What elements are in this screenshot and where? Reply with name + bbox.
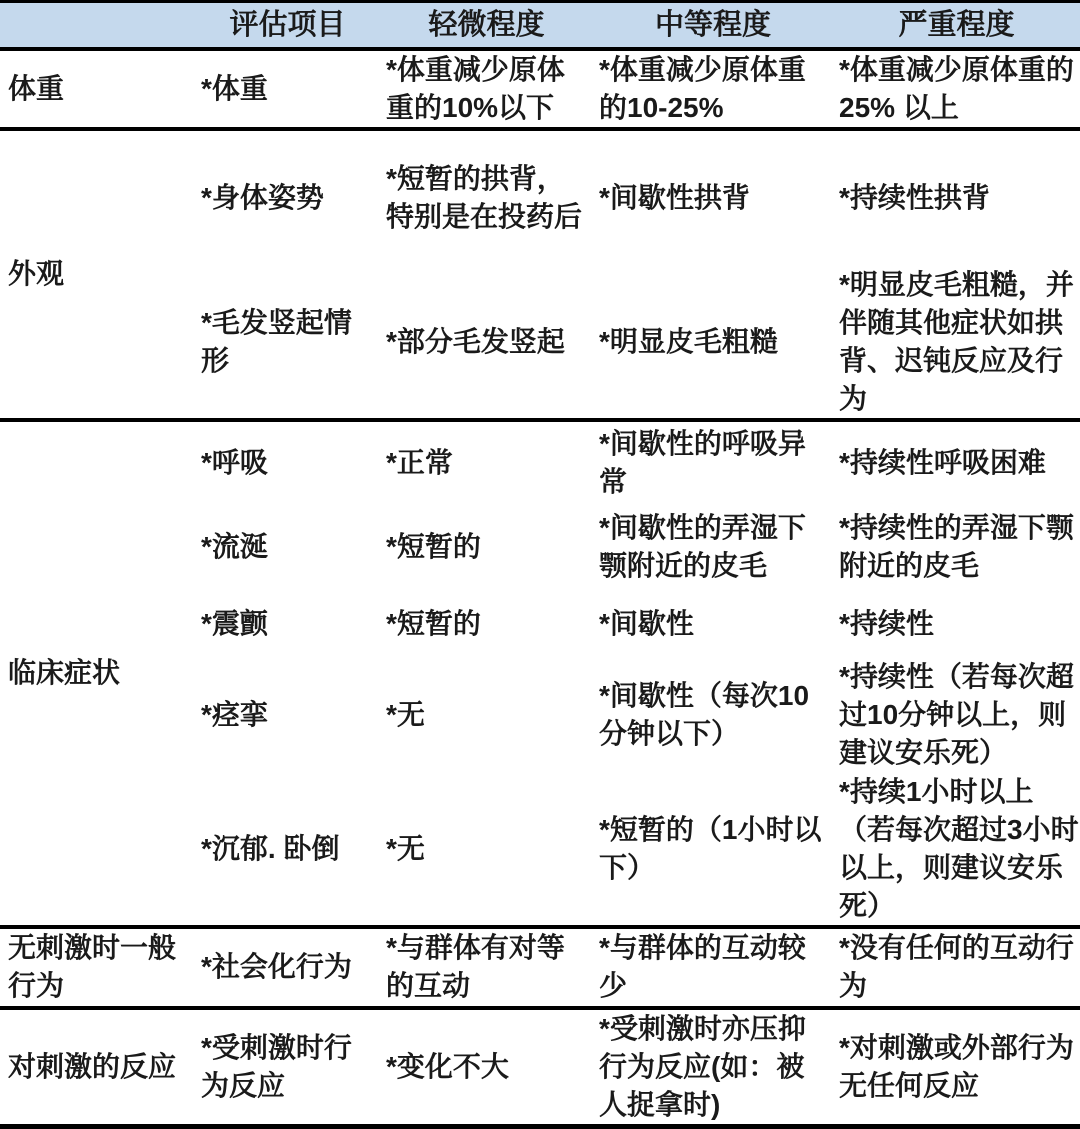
- cell-moderate: *间歇性（每次10分钟以下）: [593, 658, 833, 773]
- cell-moderate: *受刺激时亦压抑行为反应(如：被人捉拿时): [593, 1008, 833, 1127]
- group-label-weight: 体重: [0, 49, 195, 129]
- cell-severe: *持续性（若每次超过10分钟以上，则建议安乐死）: [833, 658, 1080, 773]
- cell-mild: *变化不大: [380, 1008, 593, 1127]
- table-row: 临床症状 *呼吸 *正常 *间歇性的呼吸异常 *持续性呼吸困难: [0, 420, 1080, 505]
- cell-severe: *明显皮毛粗糙，并伴随其他症状如拱背、迟钝反应及行为: [833, 266, 1080, 420]
- column-header-mild: 轻微程度: [380, 2, 593, 49]
- cell-moderate: *间歇性的呼吸异常: [593, 420, 833, 505]
- cell-moderate: *明显皮毛粗糙: [593, 266, 833, 420]
- cell-severe: *持续性的弄湿下颚附近的皮毛: [833, 505, 1080, 590]
- section-stimulus-response: 对刺激的反应 *受刺激时行为反应 *变化不大 *受刺激时亦压抑行为反应(如：被人…: [0, 1008, 1080, 1127]
- cell-mild: *短暂的: [380, 590, 593, 658]
- cell-severe: *对刺激或外部行为无任何反应: [833, 1008, 1080, 1127]
- animal-assessment-table: 评估项目 轻微程度 中等程度 严重程度 体重 *体重 *体重减少原体重的10%以…: [0, 0, 1080, 1129]
- cell-mild: *体重减少原体重的10%以下: [380, 49, 593, 129]
- section-general-behavior: 无刺激时一般行为 *社会化行为 *与群体有对等的互动 *与群体的互动较少 *没有…: [0, 927, 1080, 1008]
- column-header-item: 评估项目: [195, 2, 380, 49]
- cell-item: *社会化行为: [195, 927, 380, 1008]
- table-header: 评估项目 轻微程度 中等程度 严重程度: [0, 2, 1080, 49]
- table-row: 对刺激的反应 *受刺激时行为反应 *变化不大 *受刺激时亦压抑行为反应(如：被人…: [0, 1008, 1080, 1127]
- cell-mild: *与群体有对等的互动: [380, 927, 593, 1008]
- cell-item: *体重: [195, 49, 380, 129]
- cell-severe: *持续性呼吸困难: [833, 420, 1080, 505]
- group-label-stimulus-response: 对刺激的反应: [0, 1008, 195, 1127]
- section-appearance: 外观 *身体姿势 *短暂的拱背，特别是在投药后 *间歇性拱背 *持续性拱背 *毛…: [0, 129, 1080, 420]
- cell-moderate: *与群体的互动较少: [593, 927, 833, 1008]
- cell-item: *毛发竖起情形: [195, 266, 380, 420]
- cell-moderate: *体重减少原体重的10-25%: [593, 49, 833, 129]
- cell-moderate: *短暂的（1小时以下）: [593, 773, 833, 927]
- group-label-general-behavior: 无刺激时一般行为: [0, 927, 195, 1008]
- cell-item: *受刺激时行为反应: [195, 1008, 380, 1127]
- cell-severe: *持续性: [833, 590, 1080, 658]
- cell-mild: *部分毛发竖起: [380, 266, 593, 420]
- header-row: 评估项目 轻微程度 中等程度 严重程度: [0, 2, 1080, 49]
- cell-mild: *无: [380, 658, 593, 773]
- cell-item: *痉挛: [195, 658, 380, 773]
- cell-item: *呼吸: [195, 420, 380, 505]
- cell-mild: *无: [380, 773, 593, 927]
- cell-item: *沉郁. 卧倒: [195, 773, 380, 927]
- table-row: 外观 *身体姿势 *短暂的拱背，特别是在投药后 *间歇性拱背 *持续性拱背: [0, 129, 1080, 266]
- table-row: 体重 *体重 *体重减少原体重的10%以下 *体重减少原体重的10-25% *体…: [0, 49, 1080, 129]
- section-clinical-signs: 临床症状 *呼吸 *正常 *间歇性的呼吸异常 *持续性呼吸困难 *流涎 *短暂的…: [0, 420, 1080, 927]
- cell-severe: *体重减少原体重的25% 以上: [833, 49, 1080, 129]
- group-label-appearance: 外观: [0, 129, 195, 420]
- cell-severe: *没有任何的互动行为: [833, 927, 1080, 1008]
- cell-severe: *持续性拱背: [833, 129, 1080, 266]
- cell-item: *震颤: [195, 590, 380, 658]
- cell-item: *身体姿势: [195, 129, 380, 266]
- cell-mild: *正常: [380, 420, 593, 505]
- column-header-moderate: 中等程度: [593, 2, 833, 49]
- section-weight: 体重 *体重 *体重减少原体重的10%以下 *体重减少原体重的10-25% *体…: [0, 49, 1080, 129]
- table-row: 无刺激时一般行为 *社会化行为 *与群体有对等的互动 *与群体的互动较少 *没有…: [0, 927, 1080, 1008]
- cell-item: *流涎: [195, 505, 380, 590]
- cell-moderate: *间歇性: [593, 590, 833, 658]
- cell-moderate: *间歇性拱背: [593, 129, 833, 266]
- cell-moderate: *间歇性的弄湿下颚附近的皮毛: [593, 505, 833, 590]
- cell-severe: *持续1小时以上（若每次超过3小时以上，则建议安乐死）: [833, 773, 1080, 927]
- cell-mild: *短暂的: [380, 505, 593, 590]
- group-label-clinical-signs: 临床症状: [0, 420, 195, 927]
- cell-mild: *短暂的拱背，特别是在投药后: [380, 129, 593, 266]
- column-header-severe: 严重程度: [833, 2, 1080, 49]
- column-header-group: [0, 2, 195, 49]
